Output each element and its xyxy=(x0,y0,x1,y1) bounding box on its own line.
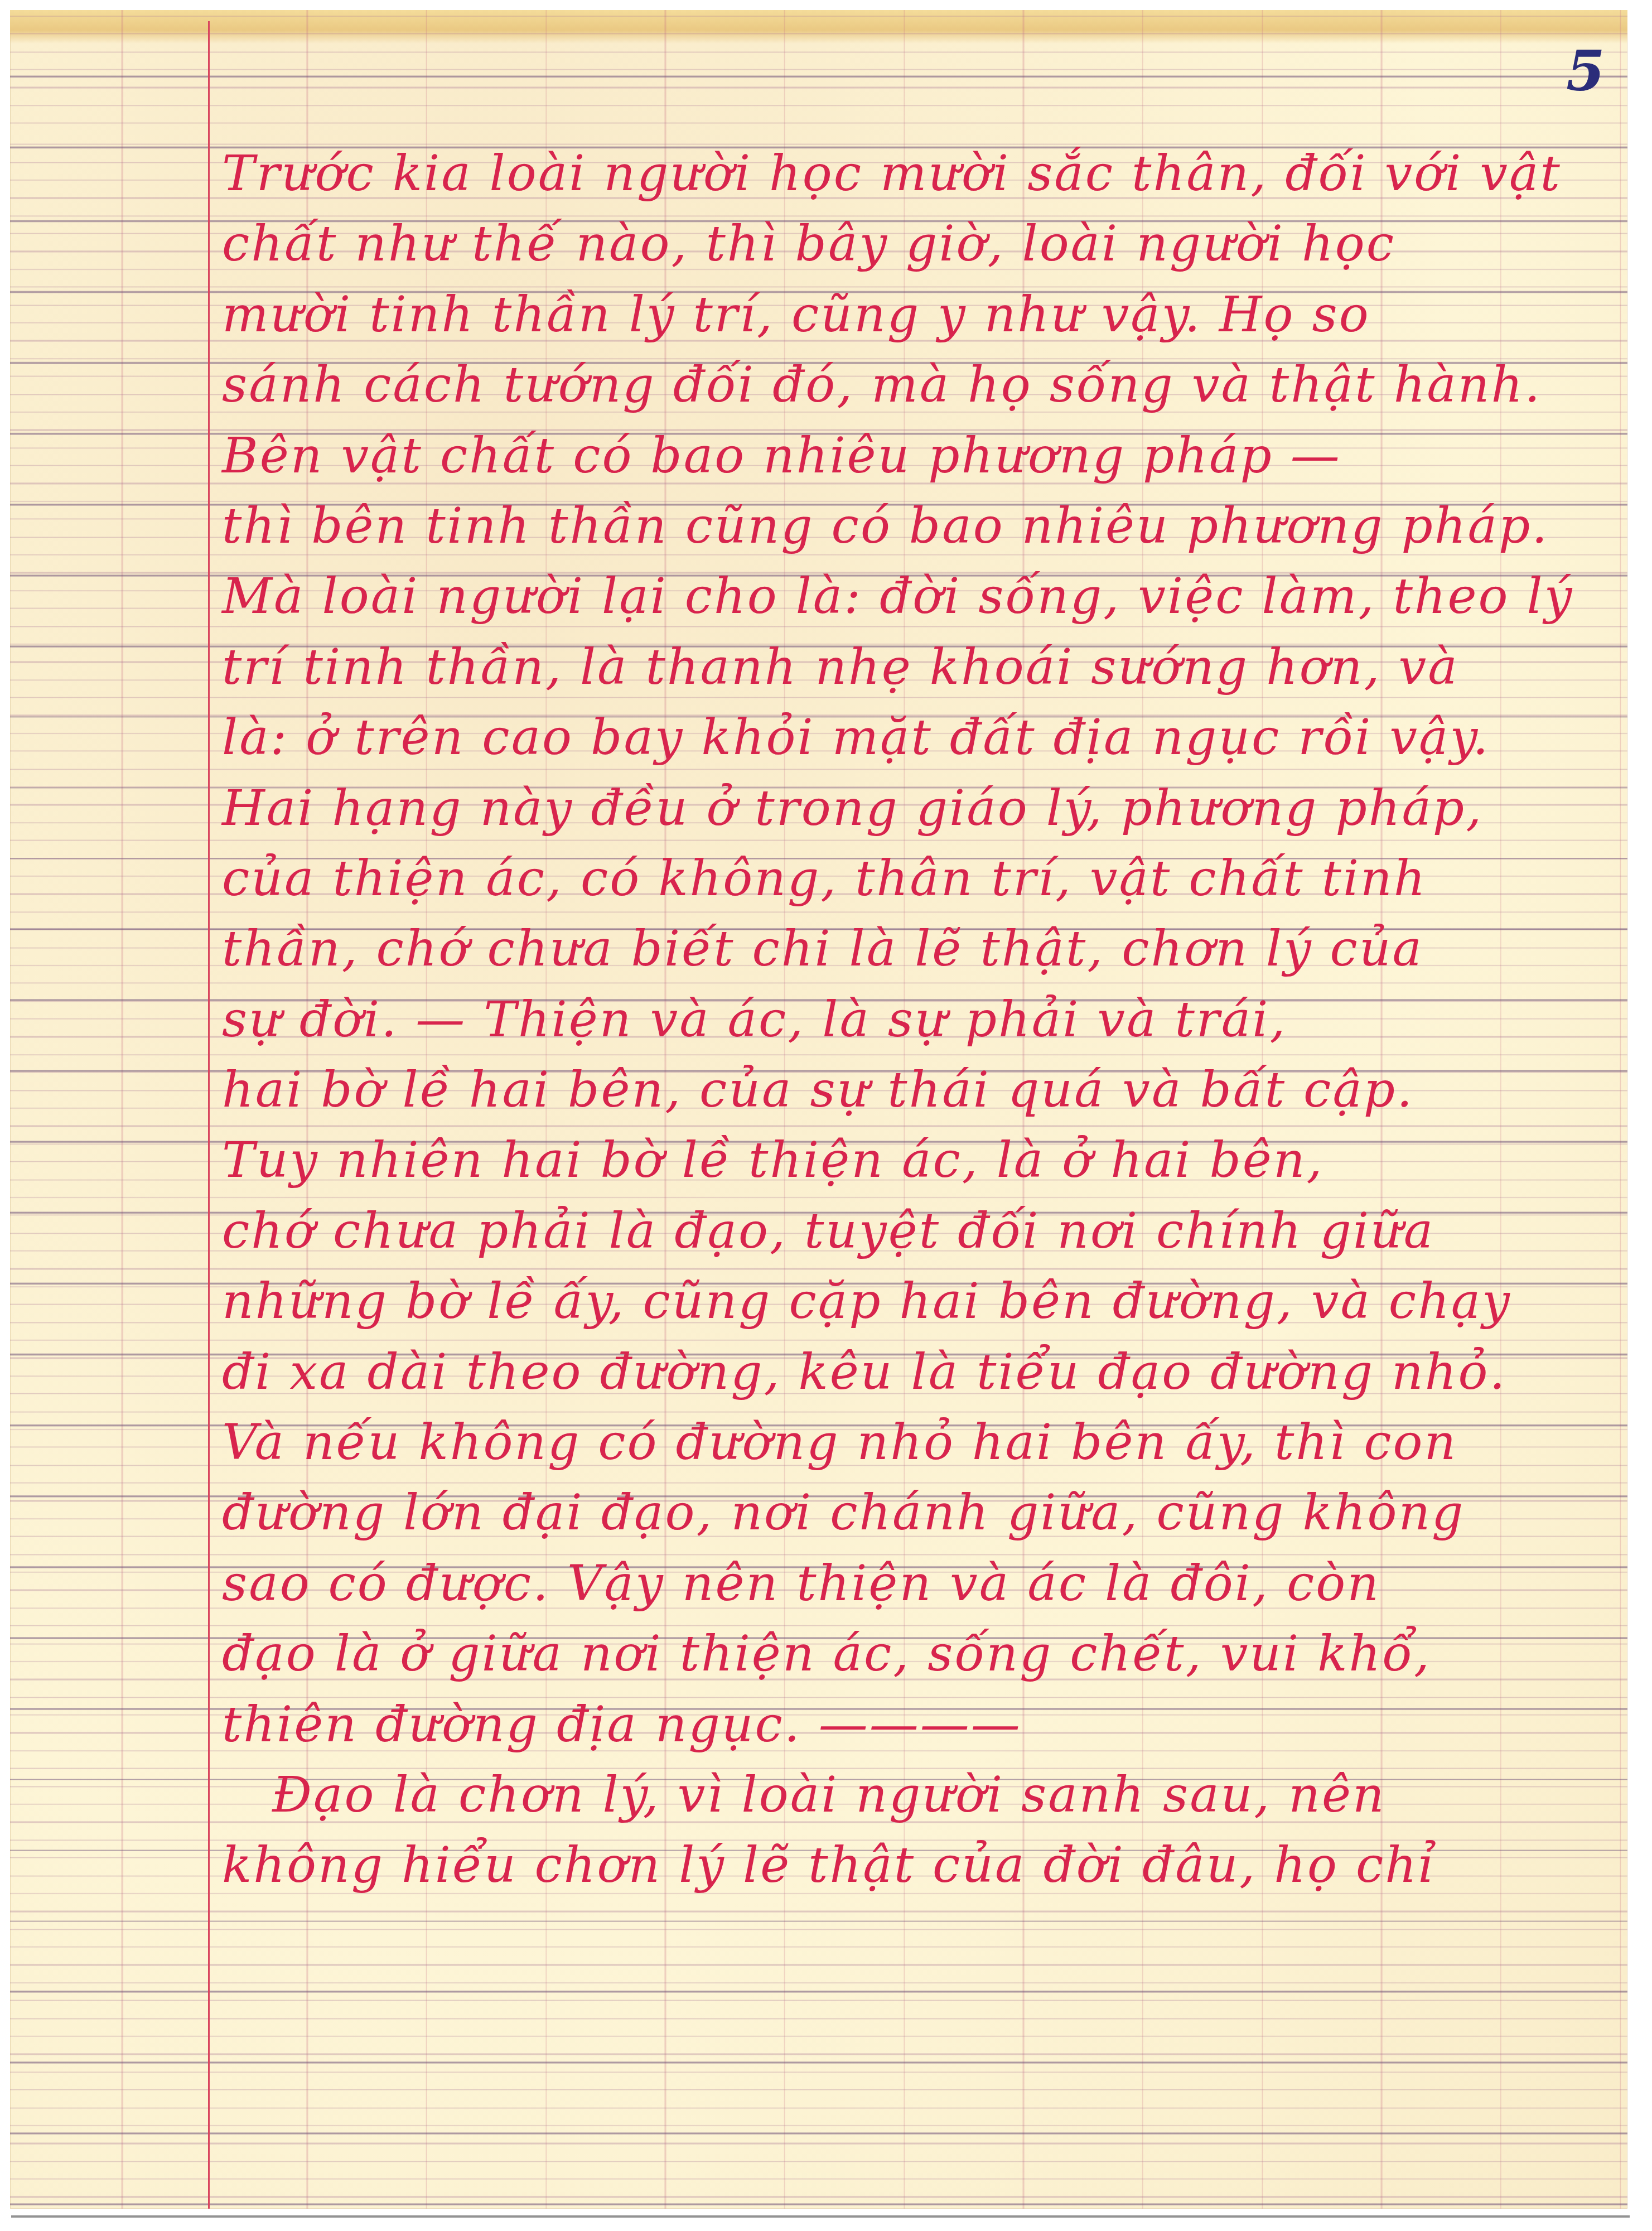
margin-line xyxy=(208,21,210,2209)
text-line: của thiện ác, có không, thân trí, vật ch… xyxy=(222,843,1627,914)
text-line: đường lớn đại đạo, nơi chánh giữa, cũng … xyxy=(222,1477,1627,1548)
text-line: sánh cách tướng đối đó, mà họ sống và th… xyxy=(222,350,1627,420)
text-line: đi xa dài theo đường, kêu là tiểu đạo đư… xyxy=(222,1337,1627,1407)
text-line: là: ở trên cao bay khỏi mặt đất địa ngục… xyxy=(222,702,1627,772)
handwritten-text: Trước kia loài người học mười sắc thân, … xyxy=(222,138,1627,1901)
text-line: Tuy nhiên hai bờ lề thiện ác, là ở hai b… xyxy=(222,1125,1627,1195)
text-line: Trước kia loài người học mười sắc thân, … xyxy=(222,138,1627,209)
text-line: Đạo là chơn lý, vì loài người sanh sau, … xyxy=(222,1760,1627,1830)
text-line: đạo là ở giữa nơi thiện ác, sống chết, v… xyxy=(222,1619,1627,1689)
text-line: hai bờ lề hai bên, của sự thái quá và bấ… xyxy=(222,1055,1627,1125)
text-line: trí tinh thần, là thanh nhẹ khoái sướng … xyxy=(222,632,1627,702)
page-number: 5 xyxy=(1566,38,1605,104)
text-line: Bên vật chất có bao nhiêu phương pháp — xyxy=(222,421,1627,491)
text-line: thiên đường địa ngục. ———— xyxy=(222,1689,1627,1760)
text-line: mười tinh thần lý trí, cũng y như vậy. H… xyxy=(222,279,1627,350)
text-line: thì bên tinh thần cũng có bao nhiêu phươ… xyxy=(222,491,1627,561)
text-line: thần, chớ chưa biết chi là lẽ thật, chơn… xyxy=(222,914,1627,984)
text-line: sao có được. Vậy nên thiện và ác là đôi,… xyxy=(222,1548,1627,1619)
text-line: chất như thế nào, thì bây giờ, loài ngườ… xyxy=(222,209,1627,279)
text-line: những bờ lề ấy, cũng cặp hai bên đường, … xyxy=(222,1266,1627,1336)
text-line: Và nếu không có đường nhỏ hai bên ấy, th… xyxy=(222,1407,1627,1477)
text-line: Hai hạng này đều ở trong giáo lý, phương… xyxy=(222,773,1627,843)
text-line: không hiểu chơn lý lẽ thật của đời đâu, … xyxy=(222,1830,1627,1900)
text-line: sự đời. — Thiện và ác, là sự phải và trá… xyxy=(222,984,1627,1055)
scan-edge xyxy=(11,2215,1630,2218)
manuscript-page: 5 Trước kia loài người học mười sắc thân… xyxy=(10,10,1627,2209)
text-line: chớ chưa phải là đạo, tuyệt đối nơi chín… xyxy=(222,1196,1627,1266)
text-line: Mà loài người lại cho là: đời sống, việc… xyxy=(222,561,1627,631)
